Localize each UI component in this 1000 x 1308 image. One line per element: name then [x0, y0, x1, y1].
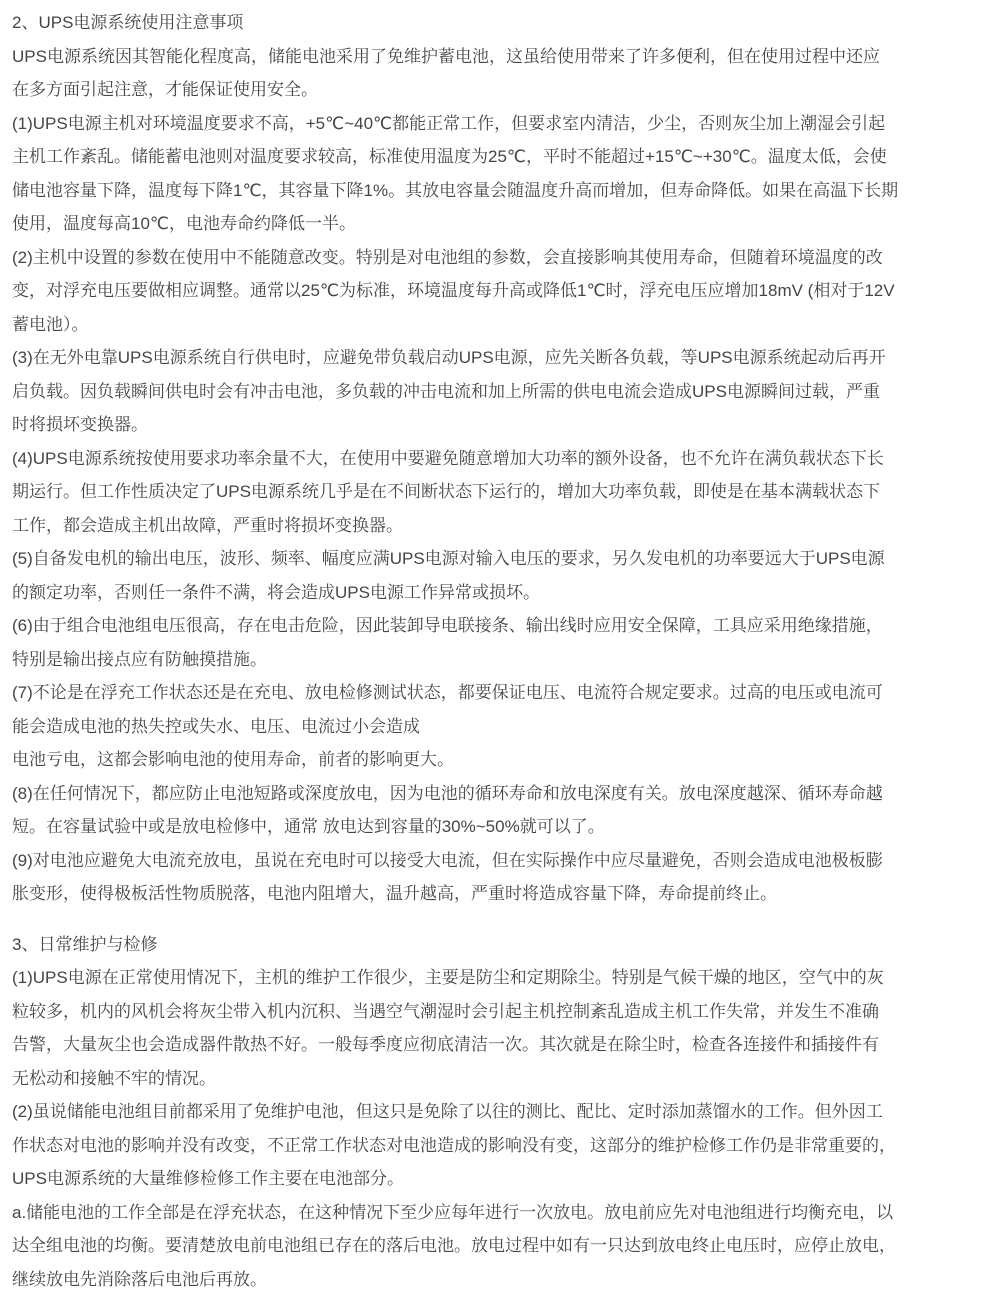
- text-line: (5)自备发电机的输出电压，波形、频率、幅度应满UPS电源对输入电压的要求，另久…: [12, 542, 990, 576]
- text-line: UPS电源系统因其智能化程度高，储能电池采用了免维护蓄电池，这虽给使用带来了许多…: [12, 40, 990, 74]
- text-line: 储电池容量下降，温度每下降1℃，其容量下降1%。其放电容量会随温度升高而增加，但…: [12, 174, 990, 208]
- text-line: 主机工作紊乱。储能蓄电池则对温度要求较高，标准使用温度为25℃，平时不能超过+1…: [12, 140, 990, 174]
- section-2-heading: 2、UPS电源系统使用注意事项: [12, 6, 990, 40]
- text-line: a.储能电池的工作全部是在浮充状态，在这种情况下至少应每年进行一次放电。放电前应…: [12, 1196, 990, 1230]
- text-line: 作状态对电池的影响并没有改变，不正常工作状态对电池造成的影响没有变，这部分的维护…: [12, 1129, 990, 1163]
- text-line: 启负载。因负载瞬间供电时会有冲击电池，多负载的冲击电流和加上所需的供电电流会造成…: [12, 375, 990, 409]
- text-line: (6)由于组合电池组电压很高，存在电击危险，因此装卸导电联接条、输出线时应用安全…: [12, 609, 990, 643]
- text-line: UPS电源系统的大量维修检修工作主要在电池部分。: [12, 1162, 990, 1196]
- text-line: 继续放电先消除落后电池后再放。: [12, 1263, 990, 1297]
- text-line: 在多方面引起注意，才能保证使用安全。: [12, 73, 990, 107]
- text-line: 能会造成电池的热失控或失水、电压、电流过小会造成: [12, 710, 990, 744]
- text-line: 期运行。但工作性质决定了UPS电源系统几乎是在不间断状态下运行的，增加大功率负载…: [12, 475, 990, 509]
- text-line: 时将损坏变换器。: [12, 408, 990, 442]
- text-line: (1)UPS电源在正常使用情况下，主机的维护工作很少，主要是防尘和定期除尘。特别…: [12, 961, 990, 995]
- text-line: (2)主机中设置的参数在使用中不能随意改变。特别是对电池组的参数，会直接影响其使…: [12, 241, 990, 275]
- text-line: (8)在任何情况下，都应防止电池短路或深度放电，因为电池的循环寿命和放电深度有关…: [12, 777, 990, 811]
- text-line: 胀变形，使得极板活性物质脱落，电池内阻增大，温升越高，严重时将造成容量下降，寿命…: [12, 877, 990, 911]
- text-line: (3)在无外电靠UPS电源系统自行供电时，应避免带负载启动UPS电源，应先关断各…: [12, 341, 990, 375]
- text-line: 变，对浮充电压要做相应调整。通常以25℃为标准，环境温度每升高或降低1℃时，浮充…: [12, 274, 990, 308]
- text-line: 粒较多，机内的风机会将灰尘带入机内沉积、当遇空气潮湿时会引起主机控制紊乱造成主机…: [12, 995, 990, 1029]
- text-line: (1)UPS电源主机对环境温度要求不高，+5℃~40℃都能正常工作，但要求室内清…: [12, 107, 990, 141]
- text-line: 短。在容量试验中或是放电检修中，通常 放电达到容量的30%~50%就可以了。: [12, 810, 990, 844]
- text-line: 无松动和接触不牢的情况。: [12, 1062, 990, 1096]
- text-line: (2)虽说储能电池组目前都采用了免维护电池，但这只是免除了以往的测比、配比、定时…: [12, 1095, 990, 1129]
- text-line: (7)不论是在浮充工作状态还是在充电、放电检修测试状态，都要保证电压、电流符合规…: [12, 676, 990, 710]
- text-line: 蓄电池）。: [12, 308, 990, 342]
- text-line: 特别是输出接点应有防触摸措施。: [12, 643, 990, 677]
- text-line: 的额定功率，否则任一条件不满，将会造成UPS电源工作异常或损坏。: [12, 576, 990, 610]
- section-3-heading: 3、日常维护与检修: [12, 928, 990, 962]
- text-line: 达全组电池的均衡。要清楚放电前电池组已存在的落后电池。放电过程中如有一只达到放电…: [12, 1229, 990, 1263]
- text-line: (9)对电池应避免大电流充放电，虽说在充电时可以接受大电流，但在实际操作中应尽量…: [12, 844, 990, 878]
- text-line: 工作，都会造成主机出故障，严重时将损坏变换器。: [12, 509, 990, 543]
- document-page: 2、UPS电源系统使用注意事项 UPS电源系统因其智能化程度高，储能电池采用了免…: [0, 0, 1000, 1296]
- text-line: 使用，温度每高10℃，电池寿命约降低一半。: [12, 207, 990, 241]
- text-line: (4)UPS电源系统按使用要求功率余量不大，在使用中要避免随意增加大功率的额外设…: [12, 442, 990, 476]
- text-line: 告警，大量灰尘也会造成器件散热不好。一般每季度应彻底清洁一次。其次就是在除尘时，…: [12, 1028, 990, 1062]
- text-line: 电池亏电，这都会影响电池的使用寿命，前者的影响更大。: [12, 743, 990, 777]
